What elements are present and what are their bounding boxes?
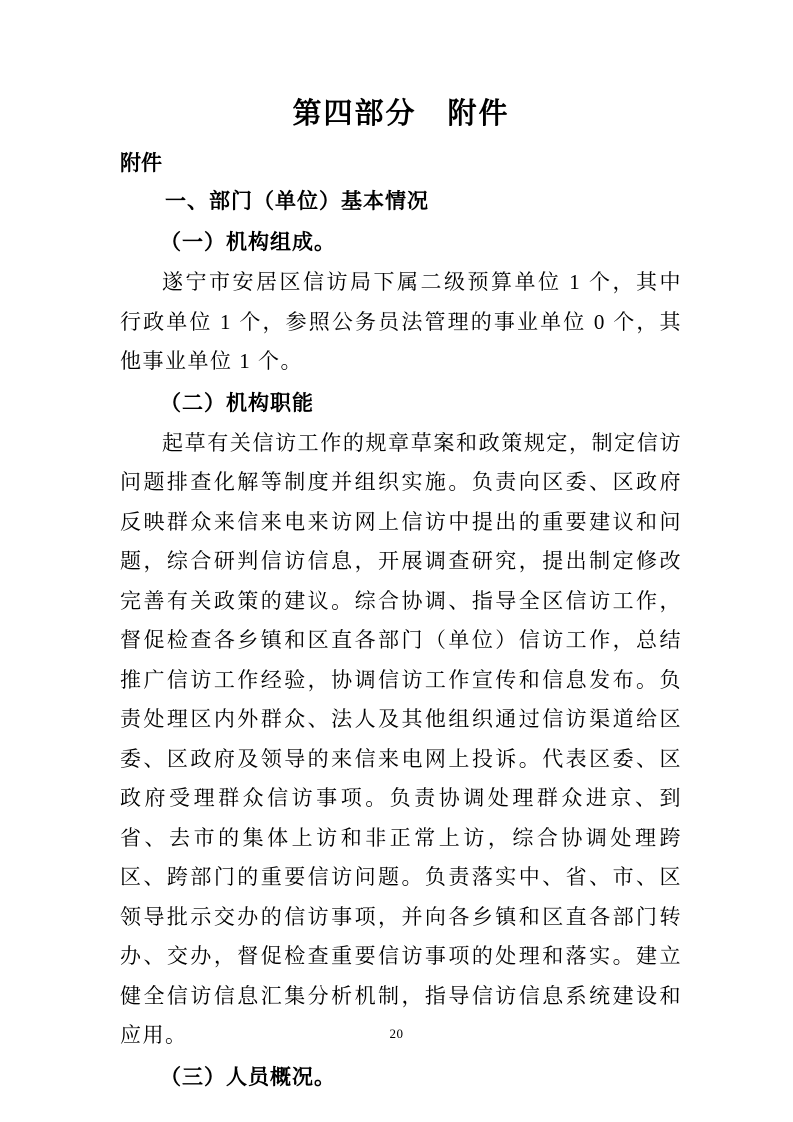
subsection-heading-org-functions: （二）机构职能 <box>120 384 682 423</box>
attachment-label: 附件 <box>120 145 682 183</box>
paragraph-org-composition: 遂宁市安居区信访局下属二级预算单位 1 个，其中行政单位 1 个，参照公务员法管… <box>120 263 682 382</box>
document-page: 第四部分 附件 附件 一、部门（单位）基本情况 （一）机构组成。 遂宁市安居区信… <box>0 0 793 1122</box>
paragraph-org-functions: 起草有关信访工作的规章草案和政策规定，制定信访问题排查化解等制度并组织实施。负责… <box>120 424 682 1056</box>
subsection-heading-personnel-overview: （三）人员概况。 <box>120 1058 682 1097</box>
subsection-heading-org-composition: （一）机构组成。 <box>120 223 682 262</box>
section-heading-department-basic-info: 一、部门（单位）基本情况 <box>120 183 682 221</box>
page-number: 20 <box>0 1026 793 1042</box>
document-title: 第四部分 附件 <box>120 97 682 131</box>
